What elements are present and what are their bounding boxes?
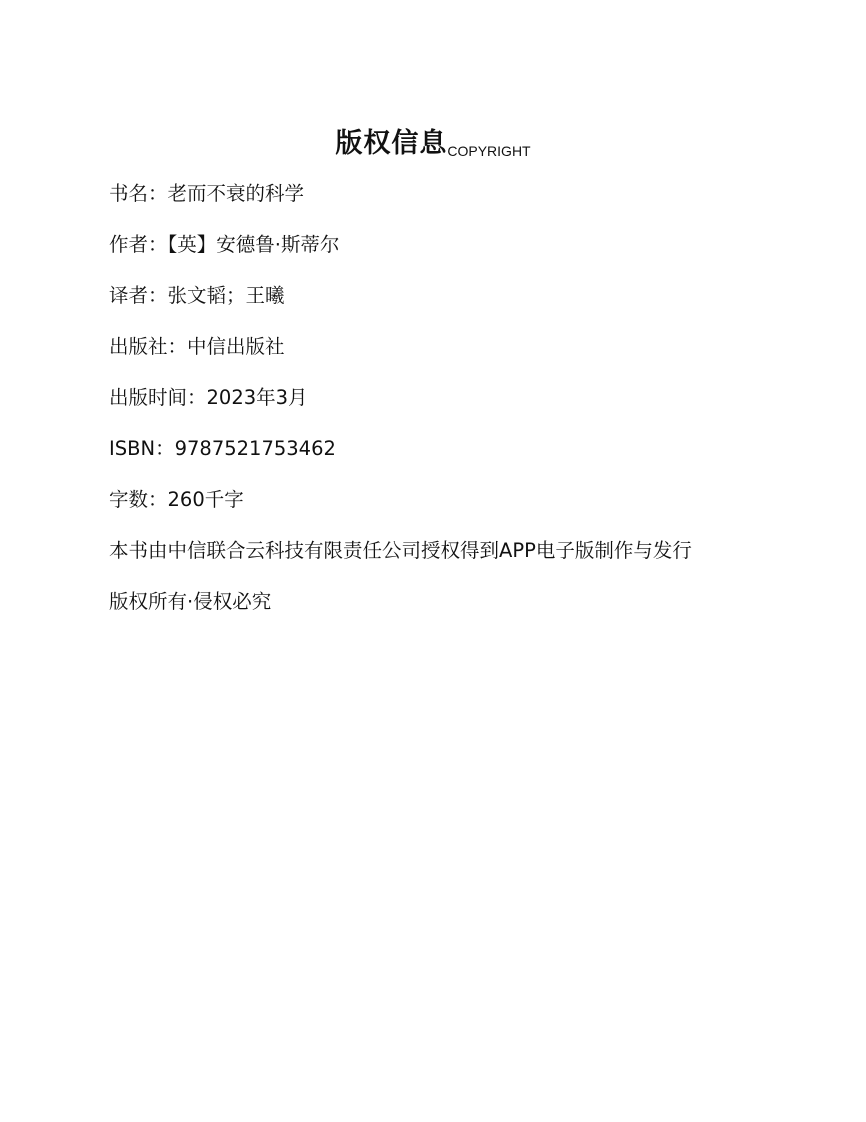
copyright-info: 书名：老而不衰的科学 作者：【英】安德鲁·斯蒂尔 译者：张文韬；王曦 出版社：中…: [109, 180, 692, 639]
author-line: 作者：【英】安德鲁·斯蒂尔: [109, 231, 692, 282]
publish-date-line: 出版时间：2023年3月: [109, 384, 692, 435]
isbn-line: ISBN：9787521753462: [109, 435, 692, 486]
publisher-line: 出版社：中信出版社: [109, 333, 692, 384]
rights-reserved-line: 版权所有·侵权必究: [109, 588, 692, 639]
title-suffix: COPYRIGHT: [447, 143, 530, 159]
title-main: 版权信息: [335, 128, 447, 159]
translator-line: 译者：张文韬；王曦: [109, 282, 692, 333]
book-title-line: 书名：老而不衰的科学: [109, 180, 692, 231]
license-statement-line: 本书由中信联合云科技有限责任公司授权得到APP电子版制作与发行: [109, 537, 692, 588]
word-count-line: 字数：260千字: [109, 486, 692, 537]
page-title: 版权信息COPYRIGHT: [0, 121, 866, 160]
